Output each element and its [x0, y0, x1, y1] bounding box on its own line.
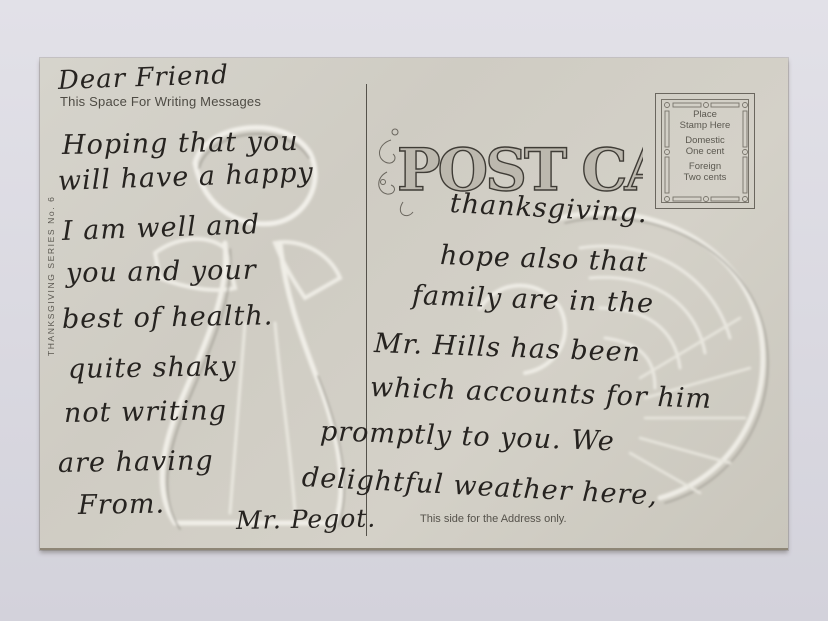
postcard: This Space For Writing Messages THANKSGI… [40, 58, 788, 550]
stamp-box-border: Place Stamp Here Domestic One cent Forei… [661, 99, 749, 203]
message-line: Mr. Hills has been [373, 328, 641, 368]
stamp-text-place: Place [662, 110, 748, 121]
signature: Mr. Pegot. [236, 504, 377, 535]
message-line: are having [58, 445, 214, 479]
message-line: I am well and [61, 209, 260, 247]
message-line: From. [78, 488, 166, 521]
series-label: THANKSGIVING SERIES No. 6 [46, 196, 56, 356]
message-area-label: This Space For Writing Messages [60, 94, 261, 109]
message-line: promptly to you. We [319, 416, 615, 457]
stamp-text-one-cent: One cent [662, 147, 748, 158]
stamp-placement-box: Place Stamp Here Domestic One cent Forei… [655, 93, 755, 209]
message-line: Hoping that you [62, 126, 299, 161]
message-line: hope also that [439, 240, 648, 278]
stamp-text-stamp-here: Stamp Here [662, 121, 748, 132]
stamp-instructions: Place Stamp Here Domestic One cent Forei… [662, 110, 748, 183]
stamp-text-two-cents: Two cents [662, 173, 748, 184]
message-line: quite shaky [68, 351, 237, 385]
message-line: you and your [66, 255, 257, 289]
address-area-label: This side for the Address only. [420, 513, 567, 525]
stamp-text-foreign: Foreign [662, 162, 748, 173]
greeting: Dear Friend [57, 60, 229, 96]
stamp-text-domestic: Domestic [662, 136, 748, 147]
message-line: not writing [64, 395, 227, 429]
message-line: which accounts for him [369, 372, 712, 415]
message-line: will have a happy [57, 157, 314, 197]
message-line: family are in the [411, 280, 654, 319]
message-line: best of health. [62, 300, 274, 335]
